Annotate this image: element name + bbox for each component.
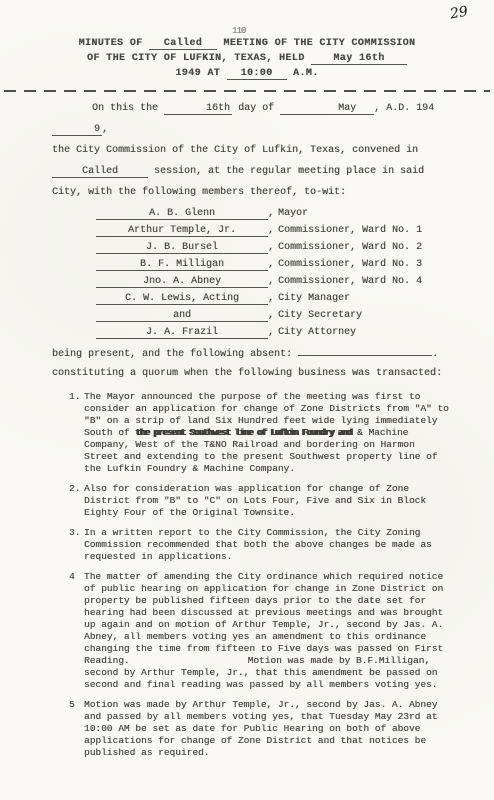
document-page: 29 110 MINUTES OF Called MEETING OF THE …: [0, 0, 494, 800]
member-name: Jno. A. Abney: [96, 276, 268, 288]
opening-text-2: day of: [238, 103, 274, 114]
member-name: and: [96, 310, 268, 322]
meeting-time-blank: 10:00: [227, 68, 287, 80]
paragraph-5: 5Motion was made by Arthur Temple, Jr., …: [84, 699, 452, 759]
header-line1-rest: MEETING OF THE CITY COMMISSION: [223, 38, 415, 49]
member-role: Mayor: [274, 208, 308, 219]
absent-blank: [298, 355, 432, 356]
header-line-2: OF THE CITY OF LUFKIN, TEXAS, HELD May 1…: [0, 51, 494, 66]
meeting-date-blank: May 16th: [311, 53, 407, 65]
member-name: J. A. Frazil: [96, 327, 268, 339]
paragraph-text: The matter of amending the City ordinanc…: [84, 571, 443, 666]
paragraph-text: In a written report to the City Commissi…: [84, 527, 432, 562]
paragraph-text: Motion was made by Arthur Temple, Jr., s…: [84, 699, 437, 758]
member-row-mayor: A. B. Glenn,Mayor: [96, 205, 494, 222]
minutes-body: 1.The Mayor announced the purpose of the…: [84, 391, 452, 759]
day-blank: 16th: [164, 103, 232, 115]
header-line1-label: MINUTES OF: [79, 38, 143, 49]
opening-text-3: , A.D. 194: [374, 103, 434, 114]
minutes-header: MINUTES OF Called MEETING OF THE CITY CO…: [0, 0, 494, 81]
quorum-statement: being present, and the following absent:…: [52, 345, 450, 383]
paragraph-number: 1.: [69, 391, 80, 403]
member-role: Commissioner, Ward No. 3: [274, 259, 422, 270]
paragraph-text-continued: Motion was made by B.F.Milligan, second …: [84, 655, 437, 690]
header-am-label: A.M.: [293, 68, 319, 79]
member-role: Commissioner, Ward No. 4: [274, 276, 422, 287]
present-line: being present, and the following absent:…: [52, 345, 450, 364]
member-row-ward1: Arthur Temple, Jr.,Commissioner, Ward No…: [96, 222, 494, 239]
member-role: Commissioner, Ward No. 1: [274, 225, 422, 236]
member-row-city-manager: C. W. Lewis, Acting,City Manager: [96, 290, 494, 307]
header-line-3: 1949 AT 10:00 A.M.: [0, 66, 494, 81]
member-name: Arthur Temple, Jr.: [96, 225, 268, 237]
opening-comma: ,: [102, 124, 108, 135]
opening-line-2: the City Commission of the City of Lufki…: [52, 140, 450, 161]
opening-text-1: On this the: [92, 103, 158, 114]
header-line-1: MINUTES OF Called MEETING OF THE CITY CO…: [0, 36, 494, 51]
member-role: City Attorney: [274, 327, 356, 338]
member-name: C. W. Lewis, Acting: [96, 293, 268, 305]
paragraph-1: 1.The Mayor announced the purpose of the…: [84, 391, 452, 475]
session-type-blank: Called: [52, 166, 148, 178]
paragraph-number: 4: [69, 571, 75, 583]
member-role: City Manager: [274, 293, 350, 304]
separator-dashed-line: [4, 90, 490, 92]
meeting-type-blank: Called: [149, 38, 217, 50]
paragraph-2: 2.Also for consideration was application…: [84, 483, 452, 519]
member-row-ward2: J. B. Bursel,Commissioner, Ward No. 2: [96, 239, 494, 256]
opening-line-1: On this the 16th day of May, A.D. 1949,: [52, 98, 450, 140]
handwritten-annotation: 110: [232, 26, 245, 36]
paragraph-4: 4The matter of amending the City ordinan…: [84, 571, 452, 691]
paragraph-3: 3.In a written report to the City Commis…: [84, 527, 452, 563]
member-name: J. B. Bursel: [96, 242, 268, 254]
header-line2-label: OF THE CITY OF LUFKIN, TEXAS, HELD: [87, 53, 305, 64]
member-row-city-secretary: and,City Secretary: [96, 307, 494, 324]
opening-line-3: Called session, at the regular meeting p…: [52, 161, 450, 182]
member-row-ward4: Jno. A. Abney,Commissioner, Ward No. 4: [96, 273, 494, 290]
year-digit-blank: 9: [52, 124, 102, 136]
present-text: being present, and the following absent:: [52, 349, 292, 360]
period: .: [432, 349, 438, 360]
opening-paragraph: On this the 16th day of May, A.D. 1949, …: [52, 98, 450, 203]
opening-text-4: session, at the regular meeting place in…: [154, 166, 424, 177]
quorum-line: constituting a quorum when the following…: [52, 364, 450, 383]
member-name: A. B. Glenn: [96, 208, 268, 220]
paragraph-text: Also for consideration was application f…: [84, 483, 426, 518]
member-name: B. F. Milligan: [96, 259, 268, 271]
handwritten-page-number: 29: [449, 4, 469, 23]
paragraph-number: 3.: [69, 527, 80, 539]
paragraph-number: 2.: [69, 483, 80, 495]
members-list: A. B. Glenn,Mayor Arthur Temple, Jr.,Com…: [96, 205, 494, 341]
member-row-ward3: B. F. Milligan,Commissioner, Ward No. 3: [96, 256, 494, 273]
member-row-city-attorney: J. A. Frazil,City Attorney: [96, 324, 494, 341]
month-blank: May: [280, 103, 374, 115]
paragraph-number: 5: [69, 699, 75, 711]
typed-gap: [130, 662, 248, 663]
opening-line-4: City, with the following members thereof…: [52, 182, 450, 203]
header-year-label: 1949 AT: [175, 68, 220, 79]
overstruck-text: the present Southwest line of Lufkin Fou…: [135, 427, 351, 438]
member-role: City Secretary: [274, 310, 362, 321]
member-role: Commissioner, Ward No. 2: [274, 242, 422, 253]
